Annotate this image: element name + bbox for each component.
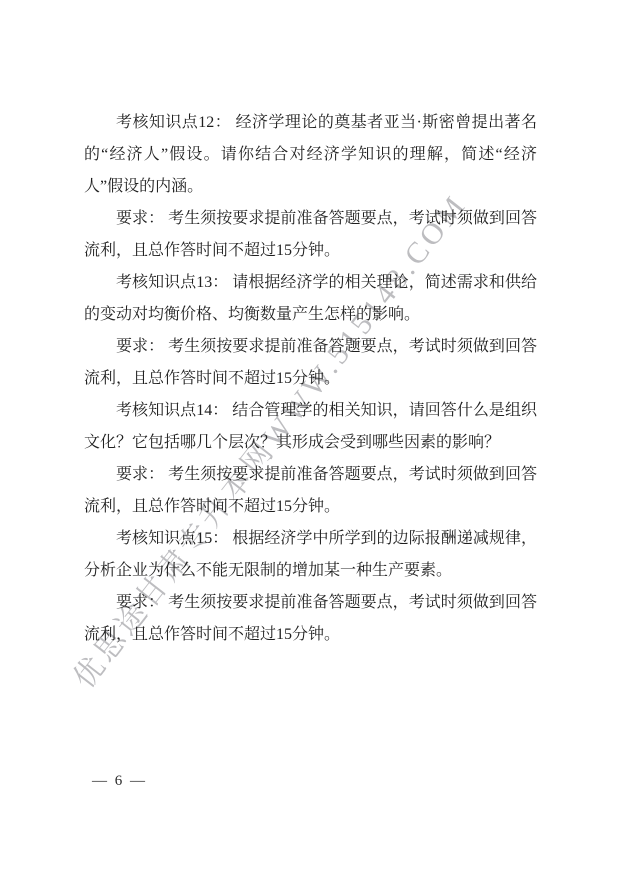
document-body: 考核知识点12： 经济学理论的奠基者亚当·斯密曾提出著名的“经济人”假设。请你结…	[84, 107, 537, 651]
page-number: — 6 —	[92, 773, 147, 790]
paragraph-knowledge-point-15: 考核知识点15： 根据经济学中所学到的边际报酬递减规律，分析企业为什么不能无限制…	[84, 523, 537, 587]
paragraph-knowledge-point-13: 考核知识点13： 请根据经济学的相关理论，简述需求和供给的变动对均衡价格、均衡数…	[84, 267, 537, 331]
document-page: 优思途甘肃专升本网WWW.515148.COM 考核知识点12： 经济学理论的奠…	[0, 0, 620, 877]
paragraph-requirement-14: 要求： 考生须按要求提前准备答题要点，考试时须做到回答流利，且总作答时间不超过1…	[84, 459, 537, 523]
paragraph-requirement-15: 要求： 考生须按要求提前准备答题要点，考试时须做到回答流利，且总作答时间不超过1…	[84, 587, 537, 651]
paragraph-knowledge-point-12: 考核知识点12： 经济学理论的奠基者亚当·斯密曾提出著名的“经济人”假设。请你结…	[84, 107, 537, 203]
paragraph-requirement-12: 要求： 考生须按要求提前准备答题要点，考试时须做到回答流利，且总作答时间不超过1…	[84, 203, 537, 267]
paragraph-requirement-13: 要求： 考生须按要求提前准备答题要点，考试时须做到回答流利，且总作答时间不超过1…	[84, 331, 537, 395]
paragraph-knowledge-point-14: 考核知识点14： 结合管理学的相关知识，请回答什么是组织文化？它包括哪几个层次？…	[84, 395, 537, 459]
